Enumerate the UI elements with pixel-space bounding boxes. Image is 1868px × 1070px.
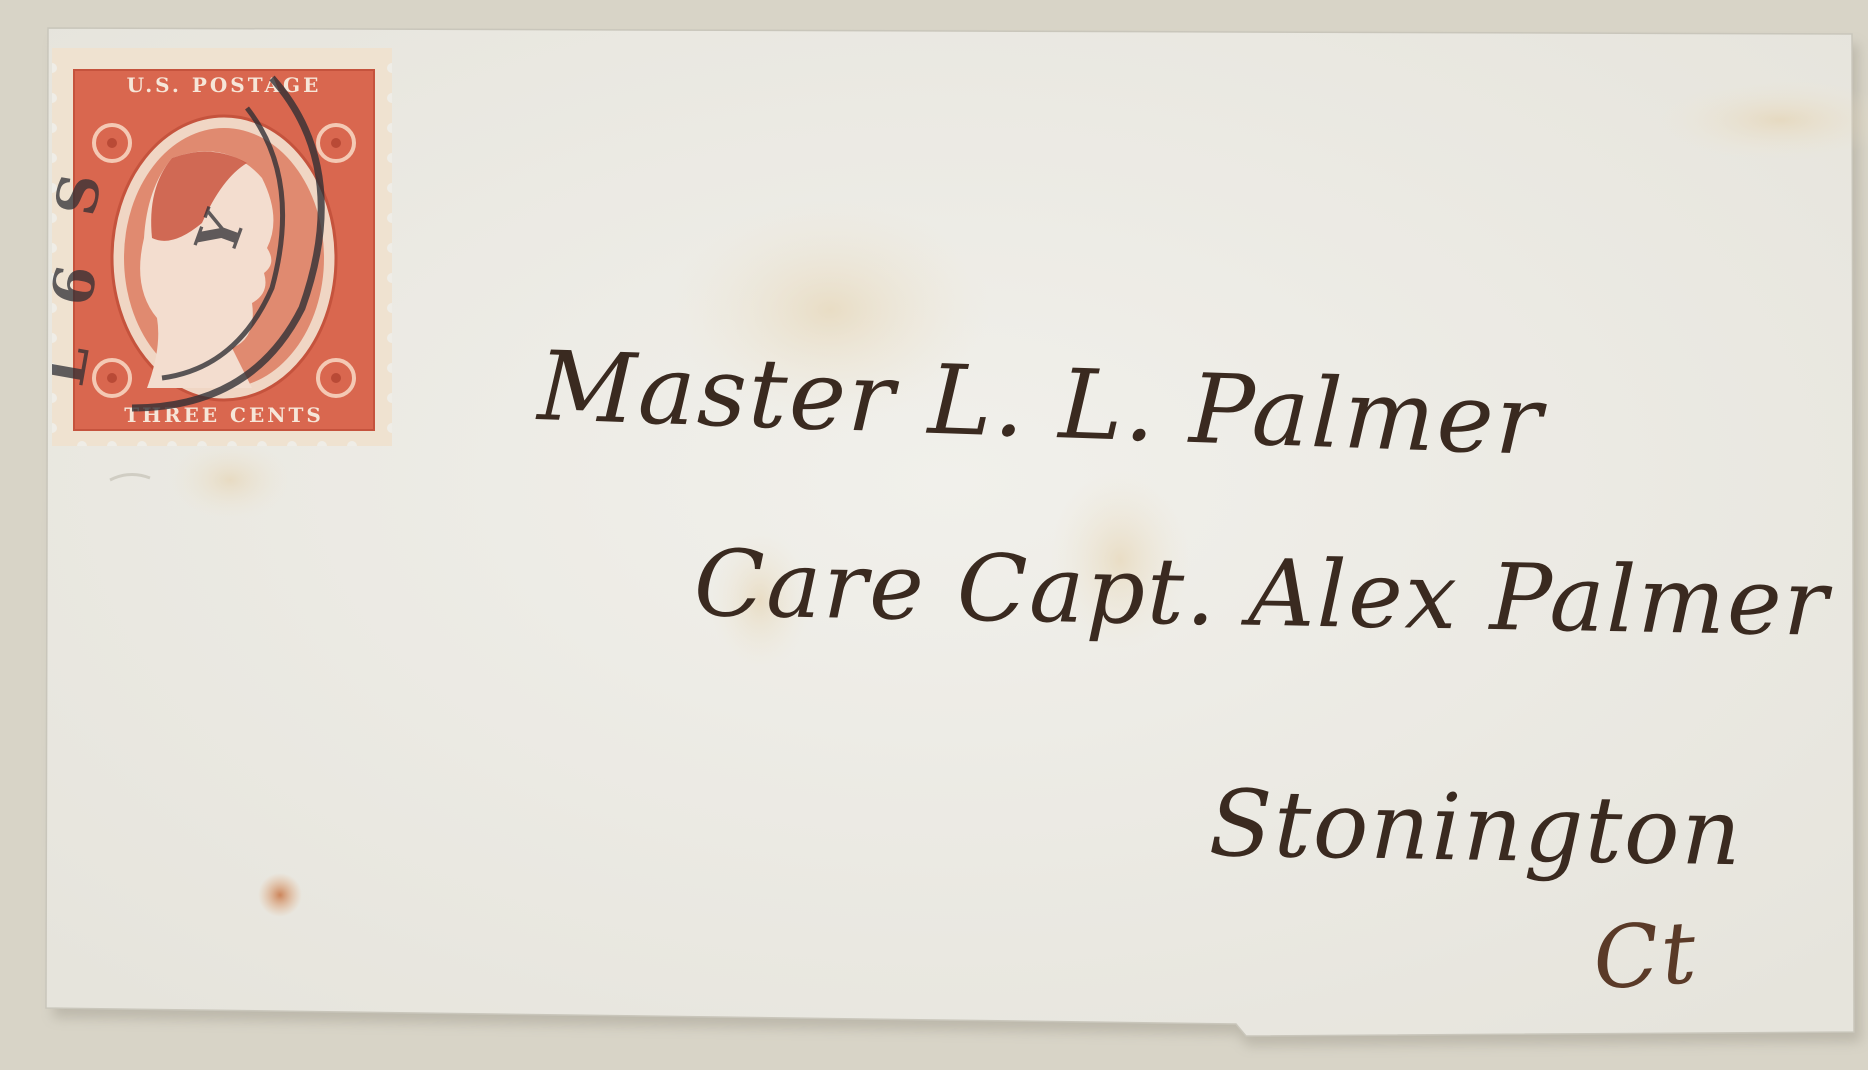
address-line-3: Stonington (1208, 770, 1744, 886)
postage-stamp: U.S. POSTAGE THREE CENTS S 6 Y L (52, 48, 392, 446)
stain-spot (258, 873, 302, 917)
address-line-2: Care Capt. Alex Palmer (693, 530, 1830, 657)
address-line-4: Ct (1590, 903, 1701, 1010)
stamp-top-text: U.S. POSTAGE (127, 73, 322, 97)
